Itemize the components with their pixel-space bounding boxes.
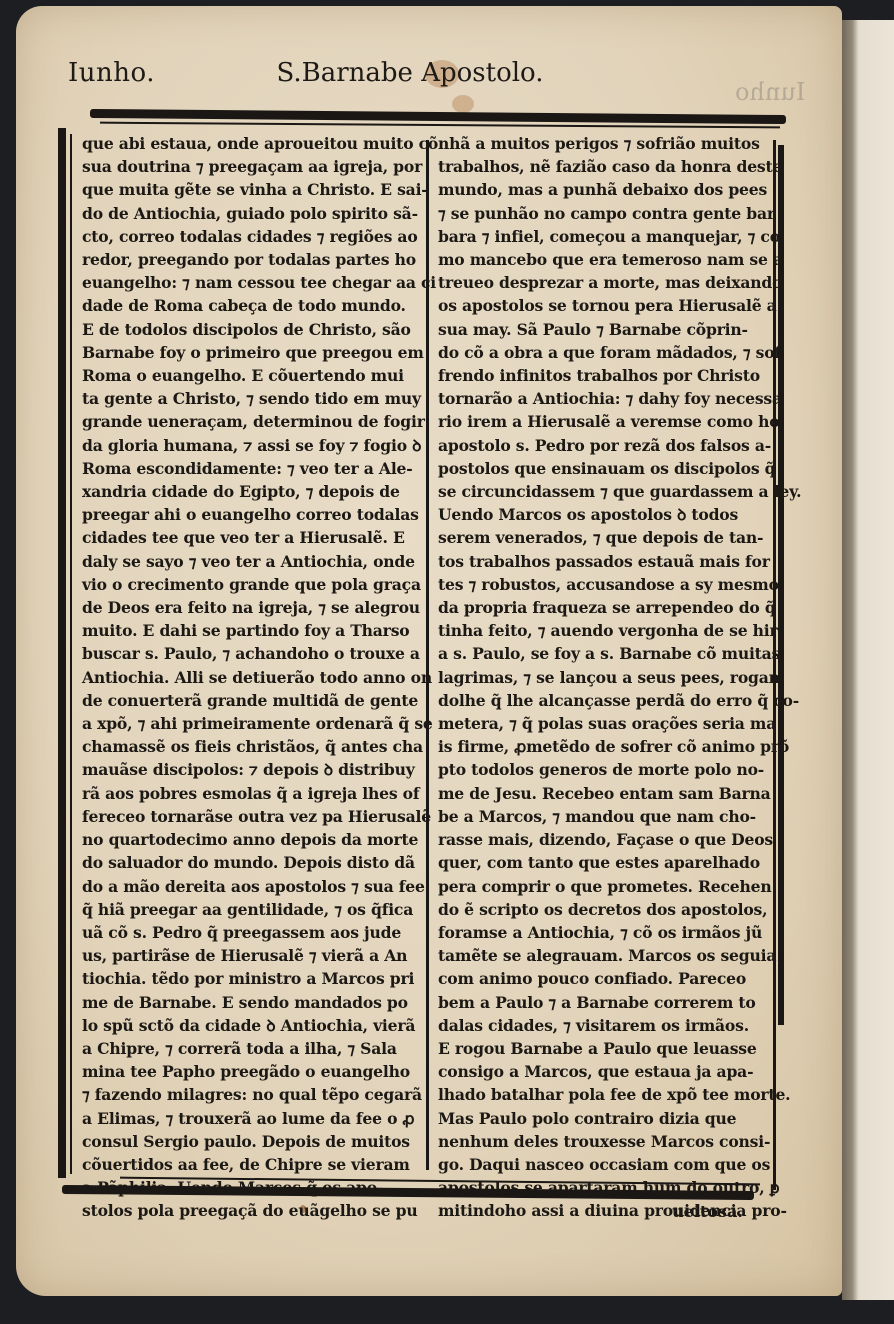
text-line: cto, correo todalas cidades ⁊ regiões ao [82,225,422,248]
text-line: daly se sayo ⁊ veo ter a Antiochia, onde [82,550,422,573]
text-line: tamẽte se alegrauam. Marcos os seguia [438,944,768,967]
text-column-left: que abi estaua, onde aproueitou muito cõ… [82,132,422,1223]
text-line: mauãse discipolos: ⁊ depois ꝺ distribuy [82,758,422,781]
text-line: pto todolos generos de morte polo no- [438,758,768,781]
text-line: stolos pola preegaçã do euãgelho se pu [82,1199,422,1222]
text-line: foramse a Antiochia, ⁊ cõ os irmãos jũ [438,921,768,944]
text-line: Barnabe foy o primeiro que preegou em [82,341,422,364]
text-line: fereceo tornarãse outra vez pa Hierusalẽ [82,805,422,828]
text-line: tos trabalhos passados estauã mais for [438,550,768,573]
text-line: lo spũ sctõ da cidade ꝺ Antiochia, vierã [82,1014,422,1037]
text-line: tornarão a Antiochia: ⁊ dahy foy necessa [438,387,768,410]
text-line: lhado batalhar pola fee de xpõ tee morte… [438,1083,768,1106]
text-line: com animo pouco confiado. Pareceo [438,967,768,990]
text-line: que muita gẽte se vinha a Christo. E sai… [82,178,422,201]
text-line: dolhe q̃ lhe alcançasse perdã do erro q̃… [438,689,768,712]
text-line: is firme, ꝓmetẽdo de sofrer cõ animo prõ [438,735,768,758]
foxing-stain [452,95,474,113]
text-line: da propria fraqueza se arrependeo do q̃ [438,596,768,619]
text-line: Roma escondidamente: ⁊ veo ter a Ale- [82,457,422,480]
text-line: de conuerterã grande multidã de gente [82,689,422,712]
text-line: que abi estaua, onde aproueitou muito cõ [82,132,422,155]
text-line: consigo a Marcos, que estaua ja apa- [438,1060,768,1083]
text-line: buscar s. Paulo, ⁊ achandoho o trouxe a [82,642,422,665]
text-line: nenhum deles trouxesse Marcos consi- [438,1130,768,1153]
text-line: me de Barnabe. E sendo mandados po [82,991,422,1014]
left-border-thin [70,134,72,1174]
text-line: grande ueneraçam, determinou de fogir [82,410,422,433]
text-line: consul Sergio paulo. Depois de muitos [82,1130,422,1153]
text-line: me de Jesu. Recebeo entam sam Barna [438,782,768,805]
text-line: frendo infinitos trabalhos por Christo [438,364,768,387]
text-line: mundo, mas a punhã debaixo dos pees [438,178,768,201]
text-line: ⁊ se punhão no campo contra gente bar [438,202,768,225]
text-line: serem venerados, ⁊ que depois de tan- [438,526,768,549]
text-line: do saluador do mundo. Depois disto dã [82,851,422,874]
adjacent-page-edge [842,20,894,1300]
left-border-rule [58,128,66,1178]
text-line: mina tee Papho preegãdo o euangelho [82,1060,422,1083]
text-line: q̃ hiã preegar aa gentilidade, ⁊ os q̃fi… [82,898,422,921]
running-head-title: S.Barnabe Apostolo. [220,58,600,88]
text-line: redor, preegando por todalas partes ho [82,248,422,271]
text-line: rã aos pobres esmolas q̃ a igreja lhes o… [82,782,422,805]
text-line: tiochia. tẽdo por ministro a Marcos pri [82,967,422,990]
text-line: us, partirãse de Hierusalẽ ⁊ vierã a An [82,944,422,967]
text-line: go. Daqui nasceo occasiam com que os [438,1153,768,1176]
text-line: trabalhos, nẽ fazião caso da honra deste [438,155,768,178]
running-head-month: Iunho. [68,58,155,88]
text-line: nhã a muitos perigos ⁊ sofrião muitos [438,132,768,155]
text-line: de Deos era feito na igreja, ⁊ se alegro… [82,596,422,619]
text-column-right: nhã a muitos perigos ⁊ sofrião muitostra… [438,132,768,1223]
column-divider [426,140,429,1170]
text-line: quer, com tanto que estes aparelhado [438,851,768,874]
text-line: sua may. Sã Paulo ⁊ Barnabe cõprin- [438,318,768,341]
text-line: E rogou Barnabe a Paulo que leuasse [438,1037,768,1060]
text-line: mo mancebo que era temeroso nam se a [438,248,768,271]
text-line: Roma o euangelho. E cõuertendo mui [82,364,422,387]
text-line: dalas cidades, ⁊ visitarem os irmãos. [438,1014,768,1037]
text-line: lagrimas, ⁊ se lançou a seus pees, rogan [438,666,768,689]
bleed-through-text: Iunho [735,78,805,106]
text-line: pera comprir o que prometes. Recehen [438,875,768,898]
text-line: se circuncidassem ⁊ que guardassem a ley… [438,480,768,503]
text-line: os apostolos se tornou pera Hierusalẽ a [438,294,768,317]
text-line: sua doutrina ⁊ preegaçam aa igreja, por [82,155,422,178]
text-line: tinha feito, ⁊ auendo vergonha de se hir [438,619,768,642]
text-line: apostolo s. Pedro por rezã dos falsos a- [438,434,768,457]
text-line: euangelho: ⁊ nam cessou tee chegar aa ci [82,271,422,294]
text-line: rio irem a Hierusalẽ a veremse como ho [438,410,768,433]
text-line: muito. E dahi se partindo foy a Tharso [82,619,422,642]
text-line: dade de Roma cabeça de todo mundo. [82,294,422,317]
text-line: vio o crecimento grande que pola graça [82,573,422,596]
text-line: ⁊ fazendo milagres: no qual tẽpo cegarã [82,1083,422,1106]
text-line: bara ⁊ infiel, começou a manquejar, ⁊ co [438,225,768,248]
text-line: bem a Paulo ⁊ a Barnabe correrem to [438,991,768,1014]
text-line: a Chipre, ⁊ correrã toda a ilha, ⁊ Sala [82,1037,422,1060]
text-line: cidades tee que veo ter a Hierusalẽ. E [82,526,422,549]
text-line: be a Marcos, ⁊ mandou que nam cho- [438,805,768,828]
text-line: ta gente a Christo, ⁊ sendo tido em muy [82,387,422,410]
text-line: da gloria humana, ⁊ assi se foy ⁊ fogio … [82,434,422,457]
text-line: cõuertidos aa fee, de Chipre se vieram [82,1153,422,1176]
text-line: Antiochia. Alli se detiuerão todo anno o… [82,666,422,689]
text-line: tes ⁊ robustos, accusandose a sy mesmo [438,573,768,596]
text-line: do de Antiochia, guiado polo spirito sã- [82,202,422,225]
text-line: do cõ a obra a que foram mãdados, ⁊ sof [438,341,768,364]
text-line: do a mão dereita aos apostolos ⁊ sua fee [82,875,422,898]
text-line: xandria cidade do Egipto, ⁊ depois de [82,480,422,503]
text-line: Mas Paulo polo contrairo dizia que [438,1107,768,1130]
text-line: Uendo Marcos os apostolos ꝺ todos [438,503,768,526]
text-line: preegar ahi o euangelho correo todalas [82,503,422,526]
text-line: treueo desprezar a morte, mas deixando [438,271,768,294]
text-line: chamassẽ os fieis christãos, q̃ antes ch… [82,735,422,758]
text-line: postolos que ensinauam os discipolos q̃ [438,457,768,480]
text-line: E de todolos discipolos de Christo, são [82,318,422,341]
text-line: uã cõ s. Pedro q̃ preegassem aos jude [82,921,422,944]
text-line: no quartodecimo anno depois da morte [82,828,422,851]
text-line: rasse mais, dizendo, Façase o que Deos [438,828,768,851]
text-line: metera, ⁊ q̃ polas suas orações seria ma [438,712,768,735]
text-line: a s. Paulo, se foy a s. Barnabe cõ muita… [438,642,768,665]
text-line: a xpõ, ⁊ ahi primeiramente ordenarã q̃ s… [82,712,422,735]
text-line: a Elimas, ⁊ trouxerã ao lume da fee o ꝓ [82,1107,422,1130]
catchword: ueitosa. [672,1202,743,1221]
text-line: do ẽ scripto os decretos dos apostolos, [438,898,768,921]
